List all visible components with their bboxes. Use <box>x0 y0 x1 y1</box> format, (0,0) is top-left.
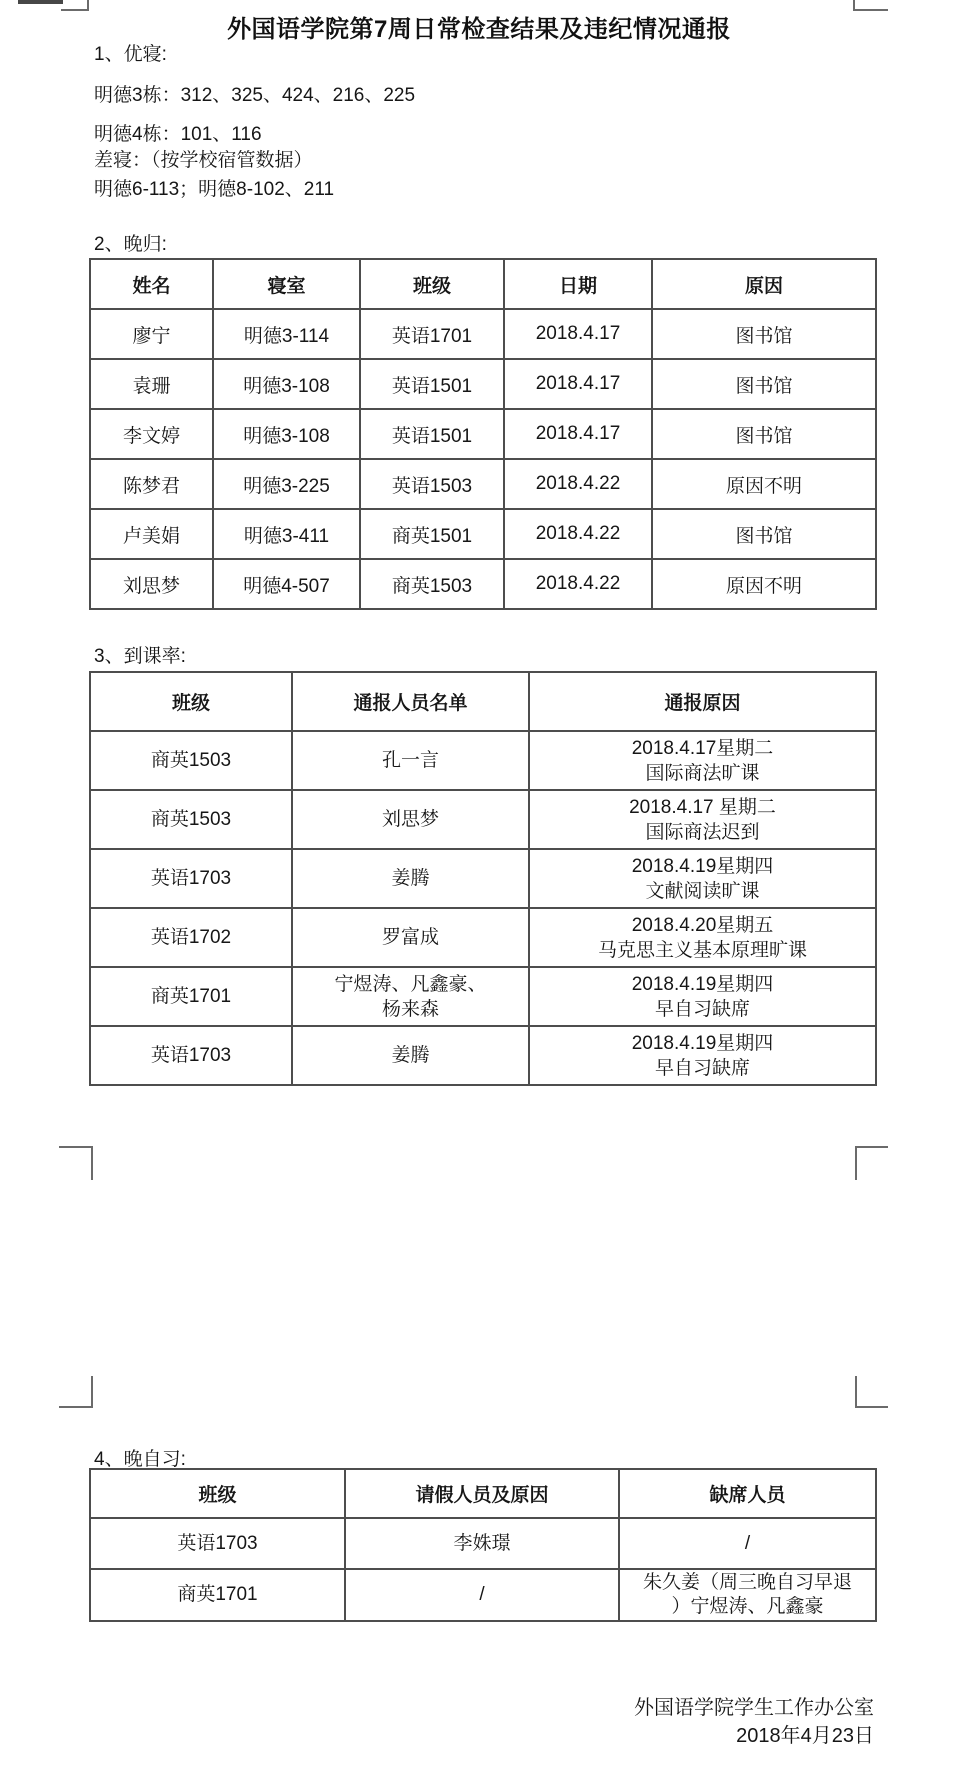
col-class: 班级 <box>90 1469 345 1518</box>
cell: 商英1501 <box>360 509 504 559</box>
crop-mark-mid-right-bottom-horizontal <box>855 1406 888 1408</box>
cell: 英语1702 <box>90 908 292 967</box>
cell: 图书馆 <box>652 509 876 559</box>
cell: 袁珊 <box>90 359 213 409</box>
cell: 原因不明 <box>652 559 876 609</box>
cell: 孔一言 <box>292 731 529 790</box>
cell: 2018.4.17 <box>504 409 652 459</box>
crop-mark-mid-left-bottom-vertical <box>91 1376 93 1408</box>
table-row: 英语1703 姜腾 2018.4.19星期四 文献阅读旷课 <box>90 849 876 908</box>
evening-study-table: 班级 请假人员及原因 缺席人员 英语1703 李姝璟 / 商英1701 / 朱久… <box>89 1468 877 1622</box>
cell: 2018.4.20星期五 马克思主义基本原理旷课 <box>529 908 876 967</box>
cell: 2018.4.19星期四 早自习缺席 <box>529 1026 876 1085</box>
cell: 明德3-411 <box>213 509 360 559</box>
table-row: 卢美娟 明德3-411 商英1501 2018.4.22 图书馆 <box>90 509 876 559</box>
cell: 英语1501 <box>360 409 504 459</box>
cell: 朱久姜（周三晚自习早退 ）宁煜涛、凡鑫豪 <box>619 1569 876 1621</box>
crop-mark-top-bar <box>18 0 63 4</box>
crop-mark-mid-left-top-horizontal <box>59 1146 93 1148</box>
cell: 2018.4.22 <box>504 559 652 609</box>
cell: 姜腾 <box>292 849 529 908</box>
table-row: 商英1701 / 朱久姜（周三晚自习早退 ）宁煜涛、凡鑫豪 <box>90 1569 876 1621</box>
document-page: 外国语学院第7周日常检查结果及违纪情况通报 1、优寝: 明德3栋：312、325… <box>0 0 958 1779</box>
cell: 英语1501 <box>360 359 504 409</box>
poor-dorm-note-line: 差寝：（按学校宿管数据） <box>94 150 313 172</box>
cell: 李姝璟 <box>345 1518 619 1569</box>
cell: 2018.4.17星期二 国际商法旷课 <box>529 731 876 790</box>
cell: 2018.4.22 <box>504 509 652 559</box>
table-row: 英语1703 李姝璟 / <box>90 1518 876 1569</box>
cell: 明德3-108 <box>213 359 360 409</box>
section-1-heading: 1、优寝: <box>94 44 167 66</box>
col-name: 姓名 <box>90 259 213 309</box>
section-2-heading: 2、晚归: <box>94 234 167 256</box>
cell: 宁煜涛、凡鑫豪、 杨来森 <box>292 967 529 1026</box>
crop-mark-mid-right-top-horizontal <box>855 1146 888 1148</box>
cell: 刘思梦 <box>90 559 213 609</box>
table-row: 陈梦君 明德3-225 英语1503 2018.4.22 原因不明 <box>90 459 876 509</box>
cell: 卢美娟 <box>90 509 213 559</box>
cell: 明德3-225 <box>213 459 360 509</box>
cell: 2018.4.17 <box>504 309 652 359</box>
table-row: 商英1503 刘思梦 2018.4.17 星期二 国际商法迟到 <box>90 790 876 849</box>
cell: 商英1503 <box>90 790 292 849</box>
cell: 商英1701 <box>90 1569 345 1621</box>
cell: 廖宁 <box>90 309 213 359</box>
cell: 商英1701 <box>90 967 292 1026</box>
cell: 姜腾 <box>292 1026 529 1085</box>
merit-dorm-line-1: 明德3栋：312、325、424、216、225 <box>94 85 415 107</box>
table-row: 商英1503 孔一言 2018.4.17星期二 国际商法旷课 <box>90 731 876 790</box>
cell: 刘思梦 <box>292 790 529 849</box>
cell: 罗富成 <box>292 908 529 967</box>
poor-dorm-line: 明德6-113；明德8-102、211 <box>94 179 334 201</box>
table-row: 商英1701 宁煜涛、凡鑫豪、 杨来森 2018.4.19星期四 早自习缺席 <box>90 967 876 1026</box>
footer-date: 2018年4月23日 <box>634 1722 874 1750</box>
col-reason: 原因 <box>652 259 876 309</box>
footer-org: 外国语学院学生工作办公室 <box>634 1694 874 1722</box>
col-leave-persons: 请假人员及原因 <box>345 1469 619 1518</box>
table-header-row: 姓名 寝室 班级 日期 原因 <box>90 259 876 309</box>
table-row: 英语1703 姜腾 2018.4.19星期四 早自习缺席 <box>90 1026 876 1085</box>
cell: 2018.4.22 <box>504 459 652 509</box>
table-row: 廖宁 明德3-114 英语1701 2018.4.17 图书馆 <box>90 309 876 359</box>
col-dorm: 寝室 <box>213 259 360 309</box>
cell: 商英1503 <box>360 559 504 609</box>
cell: 英语1701 <box>360 309 504 359</box>
crop-mark-mid-left-top-vertical <box>91 1146 93 1180</box>
table-row: 袁珊 明德3-108 英语1501 2018.4.17 图书馆 <box>90 359 876 409</box>
crop-mark-mid-left-bottom-horizontal <box>59 1406 93 1408</box>
cell: 陈梦君 <box>90 459 213 509</box>
col-report-reason: 通报原因 <box>529 672 876 731</box>
cell: 图书馆 <box>652 309 876 359</box>
footer-signature: 外国语学院学生工作办公室 2018年4月23日 <box>634 1694 874 1750</box>
cell: 商英1503 <box>90 731 292 790</box>
table-header-row: 班级 请假人员及原因 缺席人员 <box>90 1469 876 1518</box>
table-row: 李文婷 明德3-108 英语1501 2018.4.17 图书馆 <box>90 409 876 459</box>
crop-mark-mid-right-bottom-vertical <box>855 1376 857 1408</box>
cell: 图书馆 <box>652 359 876 409</box>
cell: 原因不明 <box>652 459 876 509</box>
table-header-row: 班级 通报人员名单 通报原因 <box>90 672 876 731</box>
cell: 2018.4.19星期四 早自习缺席 <box>529 967 876 1026</box>
cell: 英语1703 <box>90 1026 292 1085</box>
cell: / <box>345 1569 619 1621</box>
col-class: 班级 <box>90 672 292 731</box>
merit-dorm-line-2: 明德4栋：101、116 <box>94 124 262 146</box>
cell: 明德3-114 <box>213 309 360 359</box>
col-absent-persons: 缺席人员 <box>619 1469 876 1518</box>
crop-mark-mid-right-top-vertical <box>855 1146 857 1180</box>
cell: 2018.4.17 <box>504 359 652 409</box>
cell: 图书馆 <box>652 409 876 459</box>
col-reported-names: 通报人员名单 <box>292 672 529 731</box>
cell: 英语1503 <box>360 459 504 509</box>
cell: 英语1703 <box>90 1518 345 1569</box>
document-title: 外国语学院第7周日常检查结果及违纪情况通报 <box>0 9 958 44</box>
col-class: 班级 <box>360 259 504 309</box>
col-date: 日期 <box>504 259 652 309</box>
section-3-heading: 3、到课率: <box>94 646 186 668</box>
cell: 2018.4.19星期四 文献阅读旷课 <box>529 849 876 908</box>
attendance-table: 班级 通报人员名单 通报原因 商英1503 孔一言 2018.4.17星期二 国… <box>89 671 877 1086</box>
cell: 英语1703 <box>90 849 292 908</box>
cell: 明德4-507 <box>213 559 360 609</box>
cell: 明德3-108 <box>213 409 360 459</box>
cell: / <box>619 1518 876 1569</box>
table-row: 英语1702 罗富成 2018.4.20星期五 马克思主义基本原理旷课 <box>90 908 876 967</box>
late-return-table: 姓名 寝室 班级 日期 原因 廖宁 明德3-114 英语1701 2018.4.… <box>89 258 877 610</box>
table-row: 刘思梦 明德4-507 商英1503 2018.4.22 原因不明 <box>90 559 876 609</box>
cell: 2018.4.17 星期二 国际商法迟到 <box>529 790 876 849</box>
cell: 李文婷 <box>90 409 213 459</box>
